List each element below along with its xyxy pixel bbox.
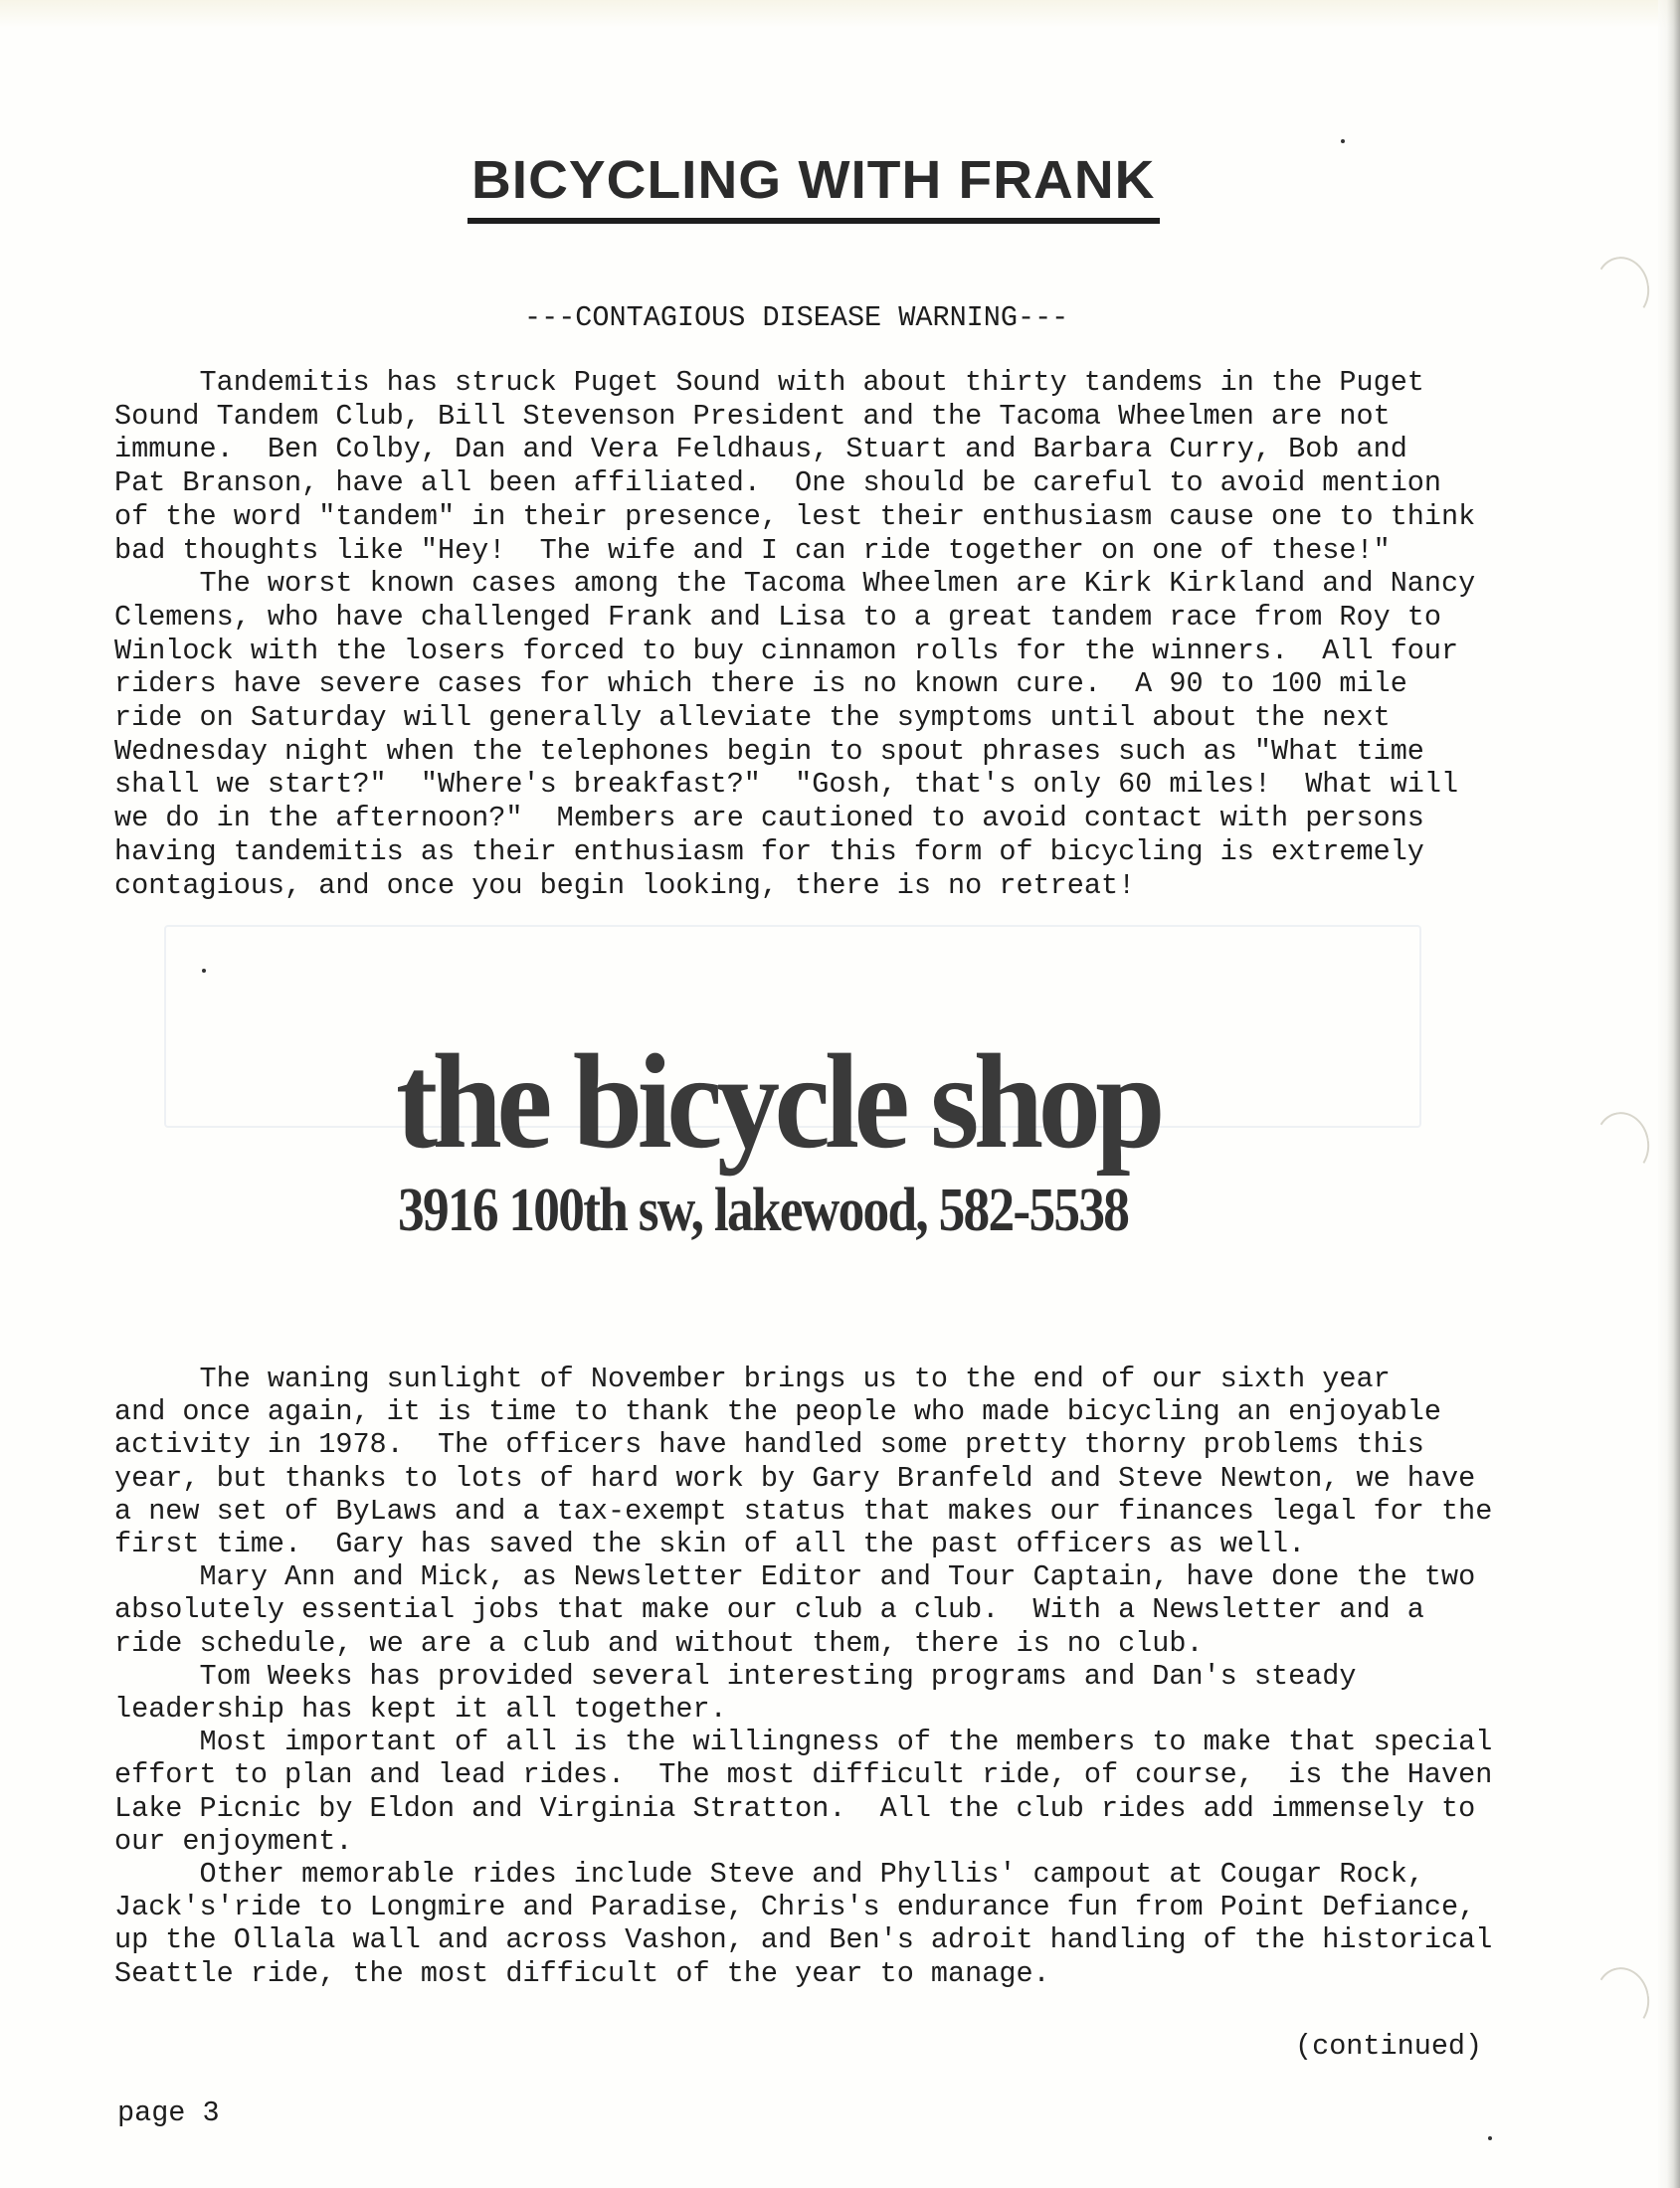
page-number: page 3	[117, 2099, 220, 2128]
text-line: Tandemitis has struck Puget Sound with a…	[114, 369, 1424, 398]
text-line: ride schedule, we are a club and without…	[114, 1630, 1204, 1659]
text-line: Winlock with the losers forced to buy ci…	[114, 638, 1458, 666]
text-line: Mary Ann and Mick, as Newsletter Editor …	[114, 1563, 1475, 1592]
text-line: immune. Ben Colby, Dan and Vera Feldhaus…	[114, 436, 1407, 464]
text-line: absolutely essential jobs that make our …	[114, 1596, 1424, 1625]
text-line: contagious, and once you begin looking, …	[114, 872, 1135, 901]
text-line: activity in 1978. The officers have hand…	[114, 1431, 1424, 1460]
text-line: Sound Tandem Club, Bill Stevenson Presid…	[114, 403, 1391, 432]
continued-label: (continued)	[1295, 2033, 1482, 2062]
binder-hole-icon	[1590, 253, 1654, 324]
ink-speck	[202, 969, 206, 973]
text-line: riders have severe cases for which there…	[114, 670, 1407, 699]
text-line: shall we start?" "Where's breakfast?" "G…	[114, 771, 1458, 800]
text-line: year, but thanks to lots of hard work by…	[114, 1465, 1475, 1494]
text-line: Wednesday night when the telephones begi…	[114, 738, 1424, 767]
ad-shop-address: 3916 100th sw, lakewood, 582-5538	[398, 1180, 1128, 1241]
ink-speck	[1341, 139, 1345, 143]
paper-top-edge	[0, 0, 1680, 28]
text-line: effort to plan and lead rides. The most …	[114, 1761, 1492, 1790]
ad-shop-name: the bicycle shop	[396, 1034, 1160, 1170]
text-line: Tom Weeks has provided several interesti…	[114, 1663, 1357, 1692]
text-line: up the Ollala wall and across Vashon, an…	[114, 1926, 1492, 1955]
text-line: our enjoyment.	[114, 1828, 352, 1857]
text-line: The waning sunlight of November brings u…	[114, 1366, 1391, 1394]
text-line: The worst known cases among the Tacoma W…	[114, 570, 1475, 599]
page-title: BICYCLING WITH FRANK	[471, 151, 1172, 209]
text-line: Seattle ride, the most difficult of the …	[114, 1960, 1050, 1989]
text-line: Clemens, who have challenged Frank and L…	[114, 604, 1441, 633]
text-line: Most important of all is the willingness…	[114, 1729, 1492, 1757]
text-line: bad thoughts like "Hey! The wife and I c…	[114, 537, 1391, 566]
text-line: Lake Picnic by Eldon and Virginia Stratt…	[114, 1795, 1475, 1824]
text-line: and once again, it is time to thank the …	[114, 1398, 1441, 1427]
binder-hole-icon	[1590, 1108, 1654, 1180]
binder-hole-icon	[1590, 1963, 1654, 2035]
text-line: Other memorable rides include Steve and …	[114, 1861, 1424, 1890]
text-line: leadership has kept it all together.	[114, 1696, 727, 1725]
title-underline	[467, 218, 1160, 224]
newsletter-page: BICYCLING WITH FRANK ---CONTAGIOUS DISEA…	[0, 0, 1680, 2188]
text-line: Pat Branson, have all been affiliated. O…	[114, 469, 1441, 498]
section-heading: ---CONTAGIOUS DISEASE WARNING---	[524, 304, 1068, 333]
text-line: first time. Gary has saved the skin of a…	[114, 1531, 1305, 1559]
text-line: of the word "tandem" in their presence, …	[114, 503, 1475, 532]
ink-speck	[1488, 2136, 1492, 2140]
text-line: ride on Saturday will generally alleviat…	[114, 704, 1391, 733]
text-line: we do in the afternoon?" Members are cau…	[114, 805, 1424, 833]
text-line: Jack's'ride to Longmire and Paradise, Ch…	[114, 1894, 1475, 1922]
text-line: having tandemitis as their enthusiasm fo…	[114, 838, 1424, 867]
paper-right-edge-shadow	[1658, 0, 1680, 2188]
text-line: a new set of ByLaws and a tax-exempt sta…	[114, 1498, 1492, 1527]
